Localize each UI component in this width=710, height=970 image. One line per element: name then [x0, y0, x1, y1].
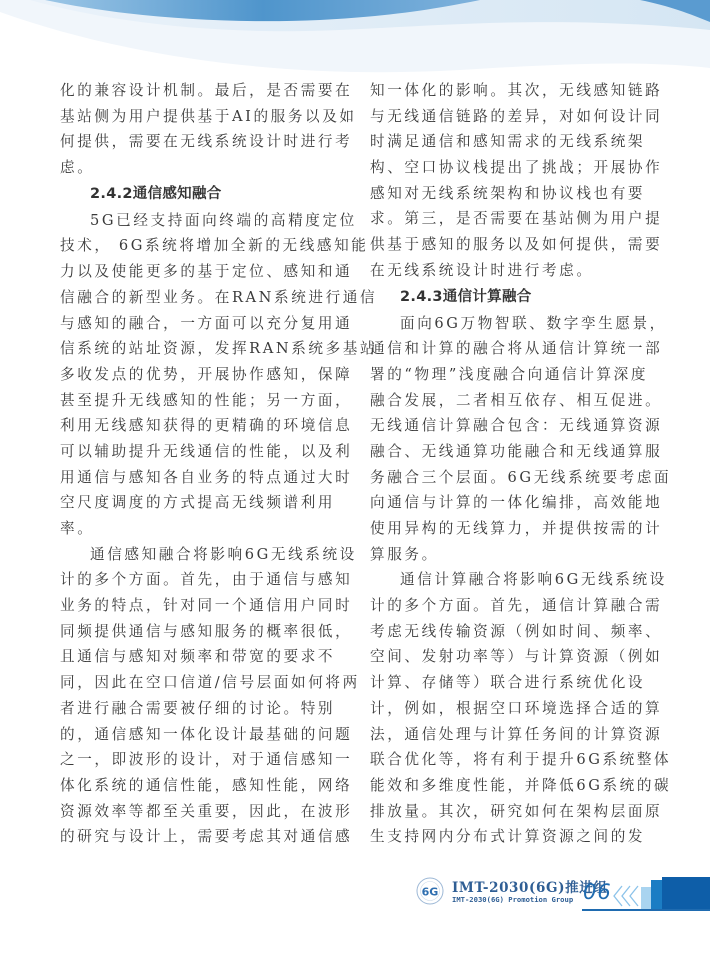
paragraph: 5G已经支持面向终端的高精度定位 技术， 6G系统将增加全新的无线感知能 力以及…: [60, 208, 342, 542]
page-number: 06: [583, 880, 612, 904]
text-line: 知一体化的影响。其次，无线感知链路: [370, 78, 652, 104]
text-line: 资源效率等都至关重要，因此，在波形: [60, 799, 342, 825]
text-line: 者进行融合需要被仔细的讨论。特别: [60, 696, 342, 722]
section-heading-2-4-3: 2.4.3通信计算融合: [370, 284, 652, 311]
text-line: 通信感知融合将影响6G无线系统设: [60, 542, 342, 568]
text-line: 求。第三，是否需要在基站侧为用户提: [370, 206, 652, 232]
text-line: 计的多个方面。首先，由于通信与感知: [60, 567, 342, 593]
text-line: 虑。: [60, 155, 342, 181]
text-line: 之一，即波形的设计，对于通信感知一: [60, 747, 342, 773]
text-line: 化的兼容设计机制。最后，是否需要在: [60, 78, 342, 104]
text-line: 联合优化等，将有利于提升6G系统整体: [370, 747, 652, 773]
text-line: 向通信与计算的一体化编排，高效能地: [370, 490, 652, 516]
right-column: 知一体化的影响。其次，无线感知链路 与无线通信链路的差异，对如何设计同 时满足通…: [370, 78, 652, 850]
text-line: 利用无线感知获得的更精确的环境信息: [60, 413, 342, 439]
text-line: 何提供，需要在无线系统设计时进行考: [60, 129, 342, 155]
text-line: 同，因此在空口信道/信号层面如何将两: [60, 670, 342, 696]
paragraph: 通信计算融合将影响6G无线系统设 计的多个方面。首先，通信计算融合需 考虑无线传…: [370, 567, 652, 850]
chevrons-left-icon: [612, 884, 642, 908]
text-line: 且通信与感知对频率和带宽的要求不: [60, 644, 342, 670]
text-line: 构、空口协议栈提出了挑战；开展协作: [370, 155, 652, 181]
text-line: 与感知的融合，一方面可以充分复用通: [60, 311, 342, 337]
text-line: 通信计算融合将影响6G无线系统设: [370, 567, 652, 593]
text-line: 信系统的站址资源，发挥RAN系统多基站: [60, 336, 342, 362]
footer-bar-light: [641, 887, 651, 909]
text-line: 业务的特点，针对同一个通信用户同时: [60, 593, 342, 619]
text-line: 空尺度调度的方式提高无线频谱利用: [60, 490, 342, 516]
text-line: 面向6G万物智联、数字孪生愿景，: [370, 311, 652, 337]
text-line: 甚至提升无线感知的性能；另一方面，: [60, 388, 342, 414]
text-line: 的，通信感知一体化设计最基础的问题: [60, 722, 342, 748]
text-line: 使用异构的无线算力，并提供按需的计: [370, 516, 652, 542]
text-line: 考虑无线传输资源（例如时间、频率、: [370, 619, 652, 645]
paragraph: 面向6G万物智联、数字孪生愿景， 通信和计算的融合将从通信计算统一部 署的“物理…: [370, 311, 652, 568]
6g-logo-icon: 6G: [416, 877, 444, 905]
text-line: 算服务。: [370, 542, 652, 568]
footer-bar-dark: [662, 877, 710, 909]
text-line: 与无线通信链路的差异，对如何设计同: [370, 104, 652, 130]
svg-text:6G: 6G: [422, 886, 439, 899]
text-line: 通信和计算的融合将从通信计算统一部: [370, 336, 652, 362]
org-name-en: IMT-2030(6G) Promotion Group: [452, 895, 573, 904]
text-line: 务融合三个层面。6G无线系统要考虑面: [370, 465, 652, 491]
text-line: 基站侧为用户提供基于AI的服务以及如: [60, 104, 342, 130]
text-line: 力以及使能更多的基于定位、感知和通: [60, 259, 342, 285]
text-line: 生支持网内分布式计算资源之间的发: [370, 824, 652, 850]
text-line: 能效和多维度性能，并降低6G系统的碳: [370, 773, 652, 799]
text-line: 在无线系统设计时进行考虑。: [370, 258, 652, 284]
text-line: 时满足通信和感知需求的无线系统架: [370, 129, 652, 155]
text-line: 同频提供通信与感知服务的概率很低，: [60, 619, 342, 645]
text-line: 5G已经支持面向终端的高精度定位: [60, 208, 342, 234]
text-line: 供基于感知的服务以及如何提供，需要: [370, 232, 652, 258]
text-line: 法，通信处理与计算任务间的计算资源: [370, 722, 652, 748]
text-line: 多收发点的优势，开展协作感知，保障: [60, 362, 342, 388]
text-line: 署的“物理”浅度融合向通信计算深度: [370, 362, 652, 388]
text-line: 计算、存储等）联合进行系统优化设: [370, 670, 652, 696]
text-line: 用通信与感知各自业务的特点通过大时: [60, 465, 342, 491]
header-wave-decoration: [0, 0, 710, 80]
text-line: 的研究与设计上，需要考虑其对通信感: [60, 824, 342, 850]
paragraph: 通信感知融合将影响6G无线系统设 计的多个方面。首先，由于通信与感知 业务的特点…: [60, 542, 342, 850]
left-column: 化的兼容设计机制。最后，是否需要在 基站侧为用户提供基于AI的服务以及如 何提供…: [60, 78, 342, 850]
text-line: 计，例如，根据空口环境选择合适的算: [370, 696, 652, 722]
text-line: 融合、无线通算功能融合和无线通算服: [370, 439, 652, 465]
section-heading-2-4-2: 2.4.2通信感知融合: [60, 181, 342, 208]
text-line: 感知对无线系统架构和协议栈也有要: [370, 181, 652, 207]
page-number-underline: [582, 909, 710, 911]
text-line: 技术， 6G系统将增加全新的无线感知能: [60, 233, 342, 259]
text-line: 可以辅助提升无线通信的性能，以及利: [60, 439, 342, 465]
text-line: 信融合的新型业务。在RAN系统进行通信: [60, 285, 342, 311]
text-line: 融合发展，二者相互依存、相互促进。: [370, 388, 652, 414]
text-line: 计的多个方面。首先，通信计算融合需: [370, 593, 652, 619]
text-line: 率。: [60, 516, 342, 542]
text-line: 空间、发射功率等）与计算资源（例如: [370, 644, 652, 670]
text-line: 排放量。其次，研究如何在架构层面原: [370, 799, 652, 825]
text-line: 无线通信计算融合包含：无线通算资源: [370, 413, 652, 439]
text-line: 体化系统的通信性能，感知性能，网络: [60, 773, 342, 799]
